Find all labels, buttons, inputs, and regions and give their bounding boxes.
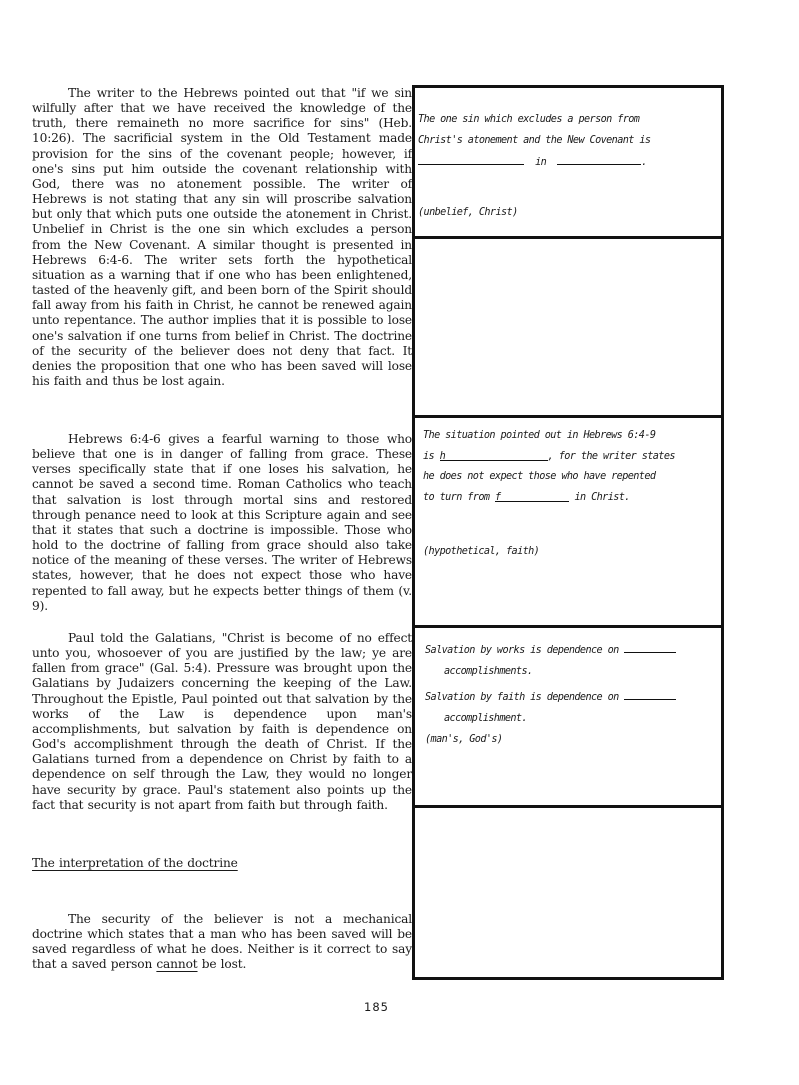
section-heading: The interpretation of the doctrine: [32, 856, 238, 871]
page-number: 185: [364, 1000, 389, 1014]
frame-3-question: The situation pointed out in Hebrews 6:4…: [423, 426, 717, 508]
paragraph-interpretation: The security of the believer is not a me…: [32, 912, 412, 973]
frame-2-empty: [415, 239, 721, 418]
question-line: is h, for the writer states: [423, 447, 717, 468]
blank-mans[interactable]: [624, 639, 676, 653]
question-line: Christ's atonement and the New Covenant …: [418, 131, 717, 152]
blank-1[interactable]: [418, 151, 524, 165]
question-text: in: [535, 157, 546, 168]
paragraph-text: The writer to the Hebrews pointed out th…: [32, 86, 412, 388]
blank-hypothetical[interactable]: h: [440, 447, 548, 461]
frame-3: The situation pointed out in Hebrews 6:4…: [415, 418, 721, 628]
question-line: The one sin which excludes a person from: [418, 110, 717, 131]
frame-3-answer: (hypothetical, faith): [423, 542, 539, 563]
paragraph-galatians: Paul told the Galatians, "Christ is beco…: [32, 631, 412, 813]
question-text: Salvation by works is dependence on: [425, 645, 619, 656]
question-line: he does not expect those who have repent…: [423, 467, 717, 488]
question-text: in Christ.: [575, 492, 630, 503]
emphasis-cannot: cannot: [156, 957, 197, 971]
paragraph-hebrews-6-4-6: Hebrews 6:4-6 gives a fearful warning to…: [32, 432, 412, 614]
paragraph-text: be lost.: [198, 957, 247, 971]
blank-gods[interactable]: [624, 686, 676, 700]
frame-4-question: Salvation by works is dependence on acco…: [425, 639, 719, 729]
blank-2[interactable]: [557, 151, 641, 165]
question-line: in .: [418, 151, 717, 174]
frame-4-answer: (man's, God's): [425, 730, 502, 751]
blank-hint: f: [495, 492, 501, 503]
paragraph-text: Hebrews 6:4-6 gives a fearful warning to…: [32, 432, 412, 613]
frame-5-empty: [415, 808, 721, 977]
frame-1: The one sin which excludes a person from…: [415, 88, 721, 239]
question-line: to turn from f in Christ.: [423, 488, 717, 509]
question-text: .: [641, 157, 647, 168]
frame-1-answer: (unbelief, Christ): [418, 203, 518, 224]
question-line: accomplishment.: [425, 709, 719, 730]
question-line: Salvation by faith is dependence on: [425, 686, 719, 709]
frame-1-question: The one sin which excludes a person from…: [418, 110, 717, 174]
question-line: accomplishments.: [425, 662, 719, 683]
question-line: The situation pointed out in Hebrews 6:4…: [423, 426, 717, 447]
question-text: is: [423, 451, 434, 462]
question-text: , for the writer states: [548, 451, 675, 462]
frame-4: Salvation by works is dependence on acco…: [415, 628, 721, 808]
programmed-learning-frames: The one sin which excludes a person from…: [412, 85, 724, 980]
paragraph-hebrews-10-26: The writer to the Hebrews pointed out th…: [32, 86, 412, 389]
blank-faith[interactable]: f: [495, 488, 569, 502]
paragraph-text: Paul told the Galatians, "Christ is beco…: [32, 631, 412, 812]
question-text: Salvation by faith is dependence on: [425, 692, 619, 703]
question-text: to turn from: [423, 492, 489, 503]
question-line: Salvation by works is dependence on: [425, 639, 719, 662]
blank-hint: h: [440, 451, 446, 462]
